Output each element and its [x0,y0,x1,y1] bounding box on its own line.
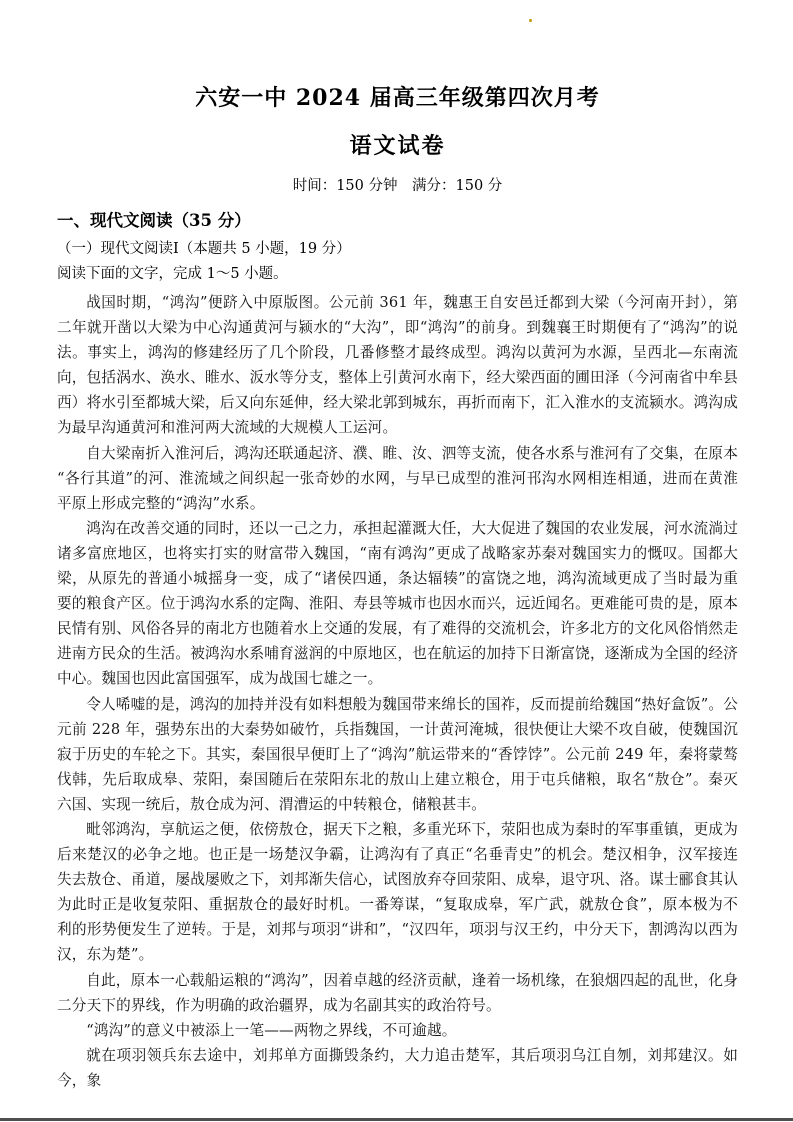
reading-instruction: 阅读下面的文字，完成 1～5 小题。 [57,264,738,285]
passage-paragraph: 就在项羽领兵东去途中，刘邦单方面撕毁条约，大力追击楚军，其后项羽乌江自刎，刘邦建… [57,1043,738,1093]
passage-paragraph: “鸿沟”的意义中被添上一笔——两物之界线，不可逾越。 [57,1018,738,1043]
scan-dot-artifact [529,19,532,22]
passage-paragraph: 毗邻鸿沟，享航运之便，依傍敖仓，据天下之粮，多重光环下，荥阳也成为秦时的军事重镇… [57,817,738,968]
paper-subtitle: 语文试卷 [57,132,738,160]
exam-paper-page: 六安一中 2024 届高三年级第四次月考 语文试卷 时间：150 分钟 满分：1… [0,0,793,1122]
reading-passage: 战国时期，“鸿沟”便跻入中原版图。公元前 361 年，魏惠王自安邑迁都到大梁（今… [57,290,738,1093]
passage-paragraph: 鸿沟在改善交通的同时，还以一己之力，承担起灌溉大任，大大促进了魏国的农业发展，河… [57,516,738,692]
passage-paragraph: 自大梁南折入淮河后，鸿沟还联通起济、濮、睢、汝、泗等支流，使各水系与淮河有了交集… [57,441,738,516]
passage-paragraph: 令人唏嘘的是，鸿沟的加持并没有如料想般为魏国带来绵长的国祚，反而提前给魏国“热好… [57,692,738,817]
passage-paragraph: 战国时期，“鸿沟”便跻入中原版图。公元前 361 年，魏惠王自安邑迁都到大梁（今… [57,290,738,441]
scan-edge-bar [0,1118,793,1121]
page-title: 六安一中 2024 届高三年级第四次月考 [57,84,738,112]
exam-time-score-info: 时间：150 分钟 满分：150 分 [57,176,738,196]
subsection-heading-reading-1: （一）现代文阅读Ⅰ（本题共 5 小题，19 分） [57,239,738,260]
section-heading-modern-reading: 一、现代文阅读（35 分） [57,210,738,232]
passage-paragraph: 自此，原本一心载船运粮的“鸿沟”，因着卓越的经济贡献，逢着一场机缘，在狼烟四起的… [57,968,738,1018]
